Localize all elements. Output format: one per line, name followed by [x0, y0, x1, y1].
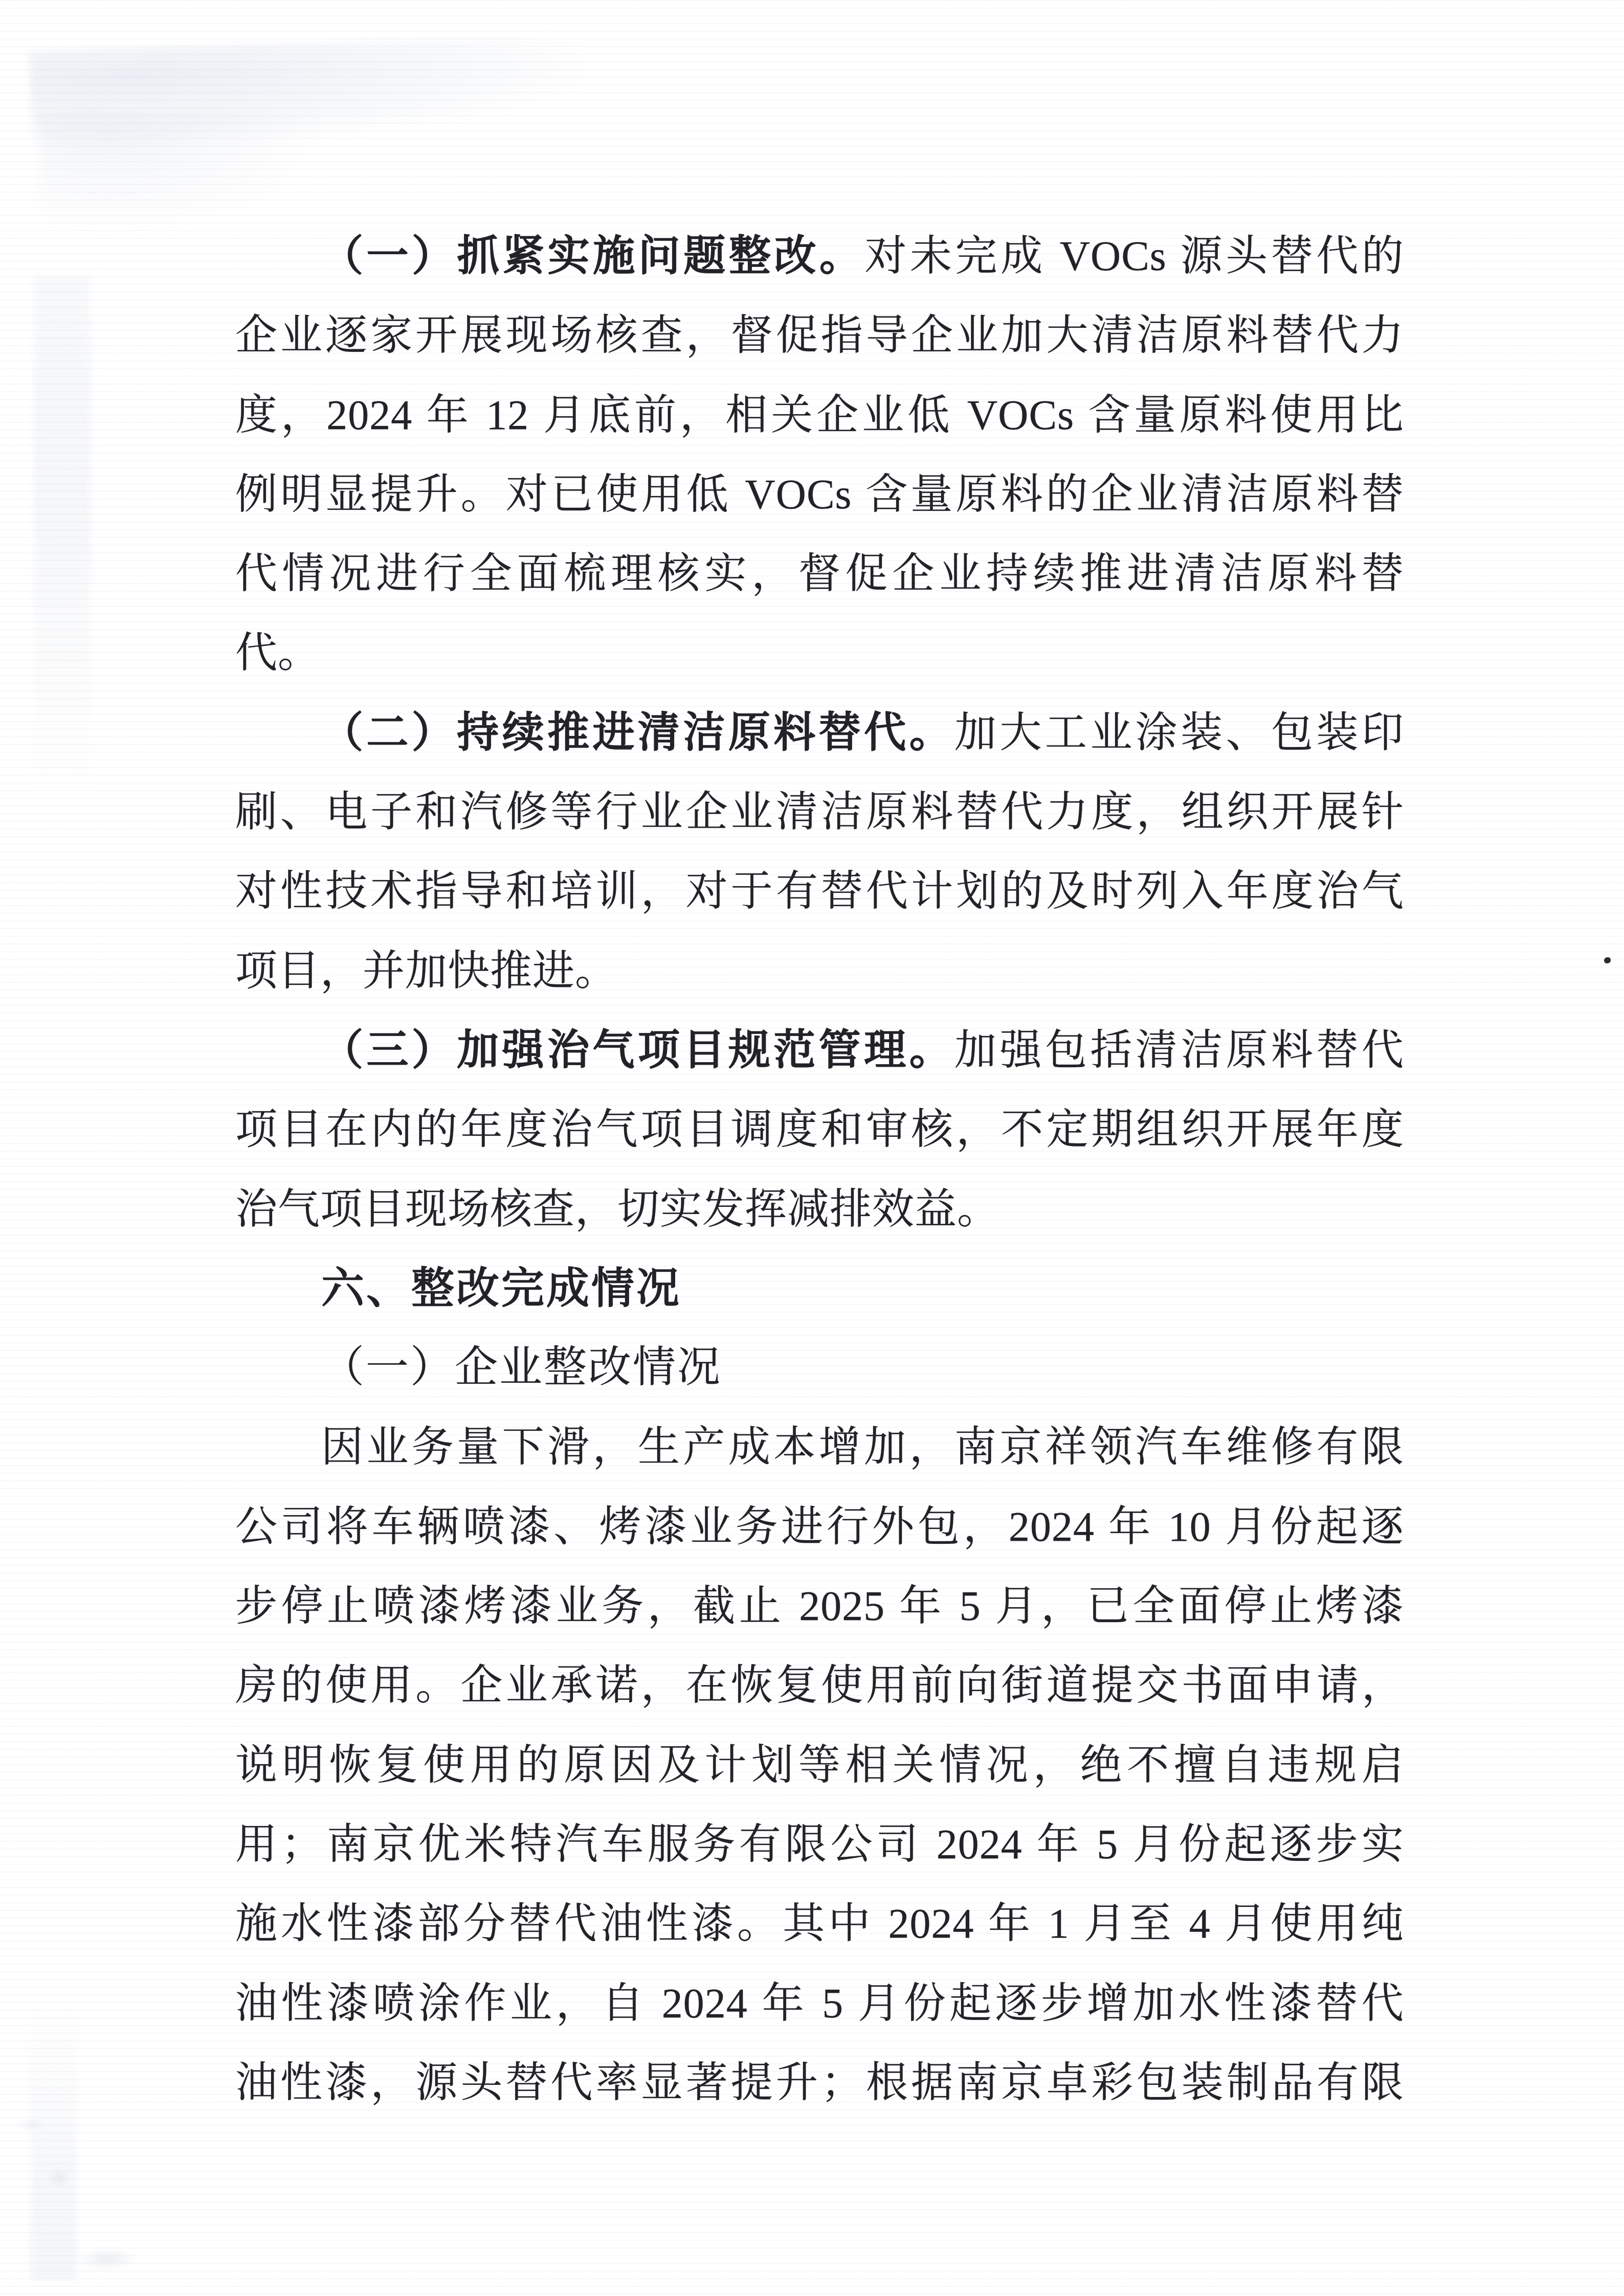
scanned-document-page: （一）抓紧实施问题整改。对未完成 VOCs 源头替代的企业逐家开展现场核查，督促…	[0, 0, 1624, 2296]
line-text: 项目在内的年度治气项目调度和审核，不定期组织开展年度	[235, 1106, 1404, 1153]
text-line: （三）加强治气项目规范管理。加强包括清洁原料替代	[235, 1010, 1404, 1090]
section-heading: 六、整改完成情况	[235, 1249, 1404, 1328]
text-line: 公司将车辆喷漆、烤漆业务进行外包，2024 年 10 月份起逐	[235, 1487, 1404, 1566]
line-text: 刷、电子和汽修等行业企业清洁原料替代力度，组织开展针	[235, 789, 1404, 835]
line-text: 企业逐家开展现场核查，督促指导企业加大清洁原料替代力	[235, 312, 1404, 358]
text-line: 治气项目现场核查，切实发挥减排效益。	[235, 1169, 1404, 1249]
paragraph-lead: （二）持续推进清洁原料替代。	[321, 709, 954, 756]
line-text: 施水性漆部分替代油性漆。其中 2024 年 1 月至 4 月使用纯	[235, 1900, 1404, 1947]
text-line: 房的使用。企业承诺，在恢复使用前向街道提交书面申请，	[235, 1646, 1404, 1725]
line-text: 加强包括清洁原料替代	[954, 1027, 1404, 1073]
text-line: 项目，并加快推进。	[235, 931, 1404, 1010]
text-line: 刷、电子和汽修等行业企业清洁原料替代力度，组织开展针	[235, 772, 1404, 851]
scan-speck	[77, 2247, 138, 2271]
text-line: （二）持续推进清洁原料替代。加大工业涂装、包装印	[235, 693, 1404, 772]
line-text: 项目，并加快推进。	[235, 948, 617, 994]
text-line: 油性漆，源头替代率显著提升；根据南京卓彩包装制品有限	[235, 2043, 1404, 2122]
line-text: 加大工业涂装、包装印	[954, 709, 1404, 756]
line-text: 说明恢复使用的原因及计划等相关情况，绝不擅自违规启	[235, 1742, 1404, 1788]
text-line: （一）抓紧实施问题整改。对未完成 VOCs 源头替代的	[235, 216, 1404, 296]
line-text: 治气项目现场核查，切实发挥减排效益。	[235, 1186, 999, 1232]
text-line: 因业务量下滑，生产成本增加，南京祥领汽车维修有限	[235, 1407, 1404, 1487]
text-line: 代情况进行全面梳理核实，督促企业持续推进清洁原料替	[235, 534, 1404, 613]
line-text: 代情况进行全面梳理核实，督促企业持续推进清洁原料替	[235, 550, 1404, 597]
line-text: 对性技术指导和培训，对于有替代计划的及时列入年度治气	[235, 868, 1404, 914]
text-line: 企业逐家开展现场核查，督促指导企业加大清洁原料替代力	[235, 296, 1404, 375]
line-text: 代。	[235, 629, 320, 676]
text-line: 项目在内的年度治气项目调度和审核，不定期组织开展年度	[235, 1090, 1404, 1169]
ink-dot	[1604, 957, 1611, 963]
paragraph-lead: （三）加强治气项目规范管理。	[321, 1027, 954, 1073]
scan-speck	[47, 2167, 71, 2188]
line-text: 例明显提升。对已使用低 VOCs 含量原料的企业清洁原料替	[235, 471, 1404, 517]
scan-speck	[14, 2118, 45, 2131]
text-line: 施水性漆部分替代油性漆。其中 2024 年 1 月至 4 月使用纯	[235, 1884, 1404, 1963]
text-line: 步停止喷漆烤漆业务，截止 2025 年 5 月，已全面停止烤漆	[235, 1566, 1404, 1646]
line-text: 公司将车辆喷漆、烤漆业务进行外包，2024 年 10 月份起逐	[235, 1503, 1404, 1550]
text-line: 例明显提升。对已使用低 VOCs 含量原料的企业清洁原料替	[235, 455, 1404, 534]
text-line: 油性漆喷涂作业，自 2024 年 5 月份起逐步增加水性漆替代	[235, 1964, 1404, 2043]
line-text: 度，2024 年 12 月底前，相关企业低 VOCs 含量原料使用比	[235, 392, 1404, 438]
text-line: 度，2024 年 12 月底前，相关企业低 VOCs 含量原料使用比	[235, 375, 1404, 455]
line-text: 油性漆喷涂作业，自 2024 年 5 月份起逐步增加水性漆替代	[235, 1980, 1404, 2027]
text-line: 对性技术指导和培训，对于有替代计划的及时列入年度治气	[235, 851, 1404, 931]
subsection-heading: （一）企业整改情况	[235, 1328, 1404, 1407]
document-text-block: （一）抓紧实施问题整改。对未完成 VOCs 源头替代的企业逐家开展现场核查，督促…	[235, 216, 1404, 2122]
paragraph-lead: （一）抓紧实施问题整改。	[321, 233, 865, 279]
text-line: 代。	[235, 613, 1404, 692]
line-text: 对未完成 VOCs 源头替代的	[865, 233, 1404, 279]
line-text: 六、整改完成情况	[321, 1264, 681, 1312]
scan-band-bottom-left	[31, 1994, 77, 2281]
line-text: 步停止喷漆烤漆业务，截止 2025 年 5 月，已全面停止烤漆	[235, 1583, 1404, 1629]
text-line: 用；南京优米特汽车服务有限公司 2024 年 5 月份起逐步实	[235, 1805, 1404, 1884]
line-text: （一）企业整改情况	[321, 1344, 722, 1391]
line-text: 用；南京优米特汽车服务有限公司 2024 年 5 月份起逐步实	[235, 1821, 1404, 1867]
scan-smudge-top-left-secondary	[40, 112, 326, 230]
text-line: 说明恢复使用的原因及计划等相关情况，绝不擅自违规启	[235, 1725, 1404, 1805]
line-text: 因业务量下滑，生产成本增加，南京祥领汽车维修有限	[321, 1424, 1404, 1470]
line-text: 房的使用。企业承诺，在恢复使用前向街道提交书面申请，	[235, 1662, 1404, 1708]
scan-band-left-edge	[34, 276, 90, 818]
line-text: 油性漆，源头替代率显著提升；根据南京卓彩包装制品有限	[235, 2059, 1404, 2106]
